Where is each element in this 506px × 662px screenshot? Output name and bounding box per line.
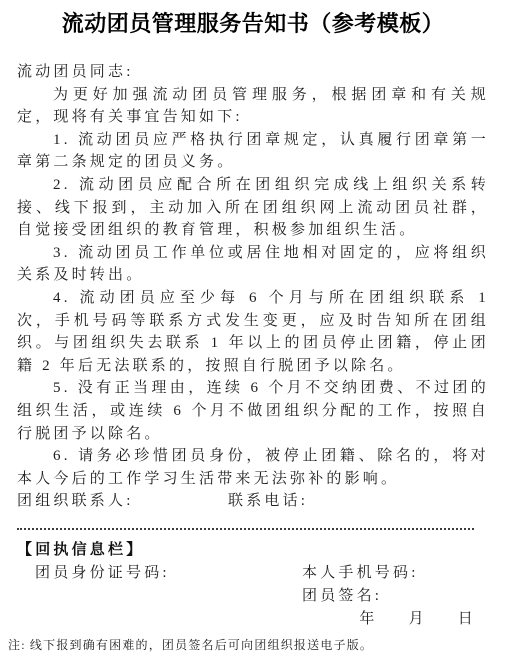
- day-label: 日: [458, 608, 476, 631]
- receipt-row-id-mobile: 团员身份证号码: 本人手机号码:: [17, 562, 489, 585]
- receipt-section: 【回执信息栏】 团员身份证号码: 本人手机号码: 团员签名: 年 月 日: [17, 539, 489, 631]
- contact-person-label: 团组织联系人:: [17, 490, 228, 513]
- month-label: 月: [409, 608, 427, 631]
- document-page: 流动团员管理服务告知书（参考模板） 流动团员同志: 为更好加强流动团员管理服务，…: [0, 0, 506, 662]
- receipt-header: 【回执信息栏】: [17, 539, 489, 562]
- item-4: 4. 流动团员应至少每 6 个月与所在团组织联系 1 次，手机号码等联系方式发生…: [17, 287, 489, 377]
- item-3: 3. 流动团员工作单位或居住地相对固定的，应将组织关系及时转出。: [17, 242, 489, 287]
- item-1: 1. 流动团员应严格执行团章规定，认真履行团章第一章第二条规定的团员义务。: [17, 129, 489, 174]
- intro-paragraph: 为更好加强流动团员管理服务，根据团章和有关规定，现将有关事宜告知如下:: [17, 84, 489, 129]
- tear-off-dotted-line: [17, 528, 474, 530]
- document-body: 流动团员同志: 为更好加强流动团员管理服务，根据团章和有关规定，现将有关事宜告知…: [17, 61, 489, 513]
- signature-label: 团员签名:: [302, 585, 382, 608]
- item-5: 5. 没有正当理由，连续 6 个月不交纳团费、不过团的组织生活，或连续 6 个月…: [17, 377, 489, 445]
- footnote: 注: 线下报到确有困难的，团员签名后可向团组织报送电子版。: [8, 637, 489, 653]
- contact-phone-label: 联系电话:: [228, 490, 308, 513]
- year-label: 年: [359, 608, 377, 631]
- item-6: 6. 请务必珍惜团员身份，被停止团籍、除名的，将对本人今后的工作学习生活带来无法…: [17, 445, 489, 490]
- item-2: 2. 流动团员应配合所在团组织完成线上组织关系转接、线下报到，主动加入所在团组织…: [17, 174, 489, 242]
- document-title: 流动团员管理服务告知书（参考模板）: [17, 10, 489, 38]
- id-number-label: 团员身份证号码:: [17, 562, 302, 585]
- salutation: 流动团员同志:: [17, 61, 489, 84]
- mobile-number-label: 本人手机号码:: [302, 562, 419, 585]
- date-line: 年 月 日: [17, 608, 489, 631]
- contact-line: 团组织联系人: 联系电话:: [17, 490, 489, 513]
- receipt-row-signature: 团员签名:: [17, 585, 489, 608]
